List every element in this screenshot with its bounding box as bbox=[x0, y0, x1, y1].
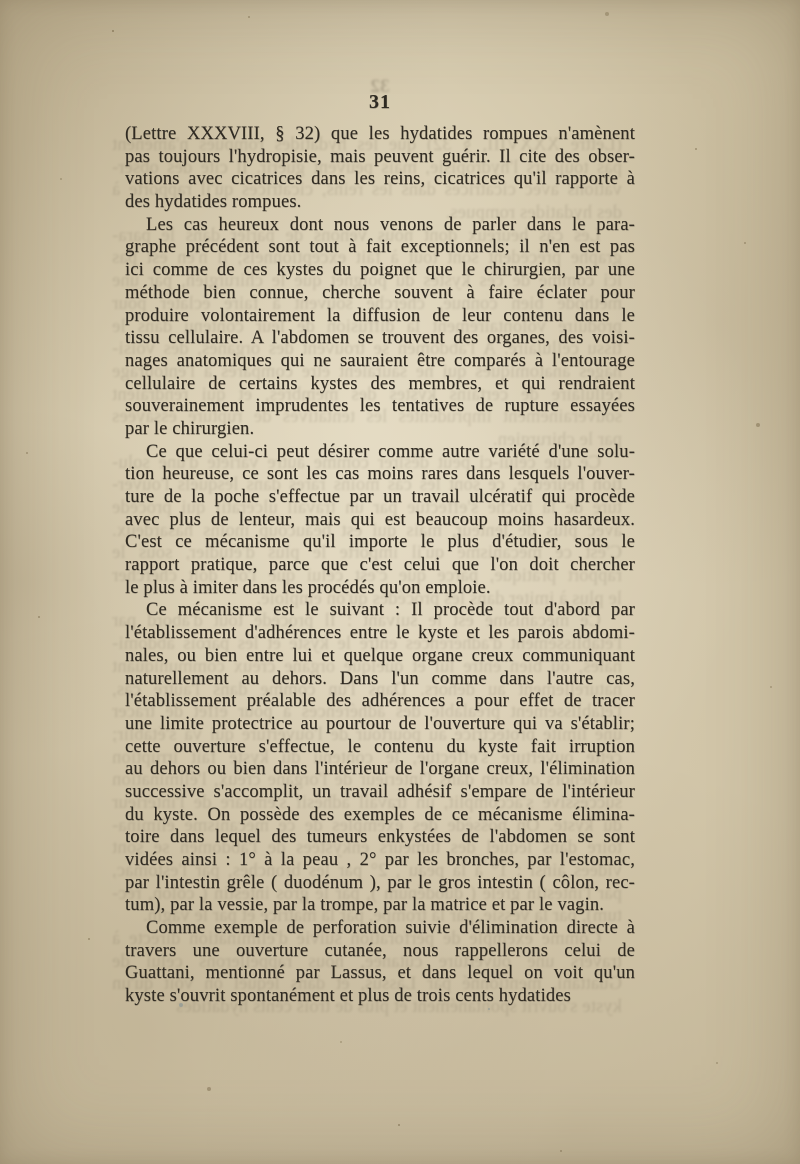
text-line: méthode bien connue, cherche souvent à f… bbox=[125, 283, 635, 306]
text-line-content: une limite protectrice au pourtour de l'… bbox=[125, 714, 635, 735]
text-line: avec plus de lenteur, mais qui est beauc… bbox=[125, 510, 635, 533]
text-line-content: successive s'accomplit, un travail adhés… bbox=[125, 782, 635, 803]
text-line: du kyste. On possède des exemples de ce … bbox=[125, 805, 635, 828]
text-line-content: ici comme de ces kystes du poignet que l… bbox=[125, 260, 635, 281]
text-line: C'est ce mécanisme qu'il importe le plus… bbox=[125, 532, 635, 555]
text-line: nages anatomiques qui ne sauraient être … bbox=[125, 351, 635, 374]
text-line-content: naturellement au dehors. Dans l'un comme… bbox=[125, 669, 635, 690]
text-line: vidées ainsi : 1° à la peau , 2° par les… bbox=[125, 850, 635, 873]
text-line: pas toujours l'hydropisie, mais peuvent … bbox=[125, 147, 635, 170]
text-line-content: nales, ou bien entre lui et quelque orga… bbox=[125, 646, 635, 667]
text-line: des hydatides rompues. bbox=[125, 192, 635, 215]
text-line: cette ouverture s'effectue, le contenu d… bbox=[125, 737, 635, 760]
text-line: Comme exemple de perforation suivie d'él… bbox=[125, 918, 635, 941]
text-line-content: vidées ainsi : 1° à la peau , 2° par les… bbox=[125, 850, 635, 871]
paper-specks bbox=[0, 0, 2, 2]
text-line-content: pas toujours l'hydropisie, mais peuvent … bbox=[125, 147, 635, 168]
text-line-content: graphe précédent sont tout à fait except… bbox=[125, 237, 635, 258]
text-line: (Lettre XXXVIII, § 32) que les hydatides… bbox=[125, 124, 635, 147]
text-line: l'établissement préalable des adhérences… bbox=[125, 691, 635, 714]
text-line-content: le plus à imiter dans les procédés qu'on… bbox=[125, 578, 491, 599]
text-line-content: cellulaire de certains kystes des membre… bbox=[125, 374, 635, 395]
text-line: tion heureuse, ce sont les cas moins rar… bbox=[125, 464, 635, 487]
text-line: au dehors ou bien dans l'intérieur de l'… bbox=[125, 759, 635, 782]
text-line: par le chirurgien. bbox=[125, 419, 635, 442]
text-line: tissu cellulaire. A l'abdomen se trouven… bbox=[125, 328, 635, 351]
text-line: par l'intestin grêle ( duodénum ), par l… bbox=[125, 873, 635, 896]
text-line-content: l'établissement d'adhérences entre le ky… bbox=[125, 623, 635, 644]
text-line: graphe précédent sont tout à fait except… bbox=[125, 237, 635, 260]
text-line-content: tum), par la vessie, par la trompe, par … bbox=[125, 895, 604, 916]
text-line-content: par le chirurgien. bbox=[125, 419, 254, 440]
text-line: produire volontairement la diffusion de … bbox=[125, 306, 635, 329]
text-line-content: avec plus de lenteur, mais qui est beauc… bbox=[125, 510, 635, 531]
text-line-content: Comme exemple de perforation suivie d'él… bbox=[146, 918, 635, 939]
page-number: 31 bbox=[125, 91, 635, 113]
text-line-content: C'est ce mécanisme qu'il importe le plus… bbox=[125, 532, 635, 553]
text-line-content: vations avec cicatrices dans les reins, … bbox=[125, 169, 635, 190]
text-line-content: toire dans lequel des tumeurs enkystées … bbox=[125, 827, 635, 848]
text-line-content: au dehors ou bien dans l'intérieur de l'… bbox=[125, 759, 635, 780]
text-line: naturellement au dehors. Dans l'un comme… bbox=[125, 669, 635, 692]
text-line-content: tion heureuse, ce sont les cas moins rar… bbox=[125, 464, 635, 485]
text-line: rapport pratique, parce que c'est celui … bbox=[125, 555, 635, 578]
text-line: souverainement imprudentes les tentative… bbox=[125, 396, 635, 419]
text-line: ici comme de ces kystes du poignet que l… bbox=[125, 260, 635, 283]
text-line-content: travers une ouverture cutanée, nous rapp… bbox=[125, 941, 635, 962]
text-line-content: (Lettre XXXVIII, § 32) que les hydatides… bbox=[125, 124, 635, 145]
text-line: Les cas heureux dont nous venons de parl… bbox=[125, 215, 635, 238]
text-line-content: Les cas heureux dont nous venons de parl… bbox=[146, 215, 635, 236]
text-line: le plus à imiter dans les procédés qu'on… bbox=[125, 578, 635, 601]
text-line: nales, ou bien entre lui et quelque orga… bbox=[125, 646, 635, 669]
text-line-content: nages anatomiques qui ne sauraient être … bbox=[125, 351, 635, 372]
text-line: successive s'accomplit, un travail adhés… bbox=[125, 782, 635, 805]
text-line-content: du kyste. On possède des exemples de ce … bbox=[125, 805, 635, 826]
text-line: toire dans lequel des tumeurs enkystées … bbox=[125, 827, 635, 850]
text-line: Ce que celui-ci peut désirer comme autre… bbox=[125, 442, 635, 465]
page-text: (Lettre XXXVIII, § 32) que les hydatides… bbox=[125, 124, 635, 1009]
text-line-content: kyste s'ouvrit spontanément et plus de t… bbox=[125, 986, 571, 1007]
text-line: ture de la poche s'effectue par un trava… bbox=[125, 487, 635, 510]
text-line: Ce mécanisme est le suivant : Il procède… bbox=[125, 600, 635, 623]
text-line: cellulaire de certains kystes des membre… bbox=[125, 374, 635, 397]
text-line-content: cette ouverture s'effectue, le contenu d… bbox=[125, 737, 635, 758]
text-line-content: par l'intestin grêle ( duodénum ), par l… bbox=[125, 873, 635, 894]
text-line-content: souverainement imprudentes les tentative… bbox=[125, 396, 635, 417]
text-line-content: Guattani, mentionné par Lassus, et dans … bbox=[125, 963, 635, 984]
text-line: l'établissement d'adhérences entre le ky… bbox=[125, 623, 635, 646]
scanned-book-page: 32 (Lettre XXXVIII, § 32) que les hydati… bbox=[0, 0, 800, 1164]
text-line: une limite protectrice au pourtour de l'… bbox=[125, 714, 635, 737]
text-line-content: rapport pratique, parce que c'est celui … bbox=[125, 555, 635, 576]
text-line: tum), par la vessie, par la trompe, par … bbox=[125, 895, 635, 918]
text-line-content: méthode bien connue, cherche souvent à f… bbox=[125, 283, 635, 304]
text-line: kyste s'ouvrit spontanément et plus de t… bbox=[125, 986, 635, 1009]
text-line-content: ture de la poche s'effectue par un trava… bbox=[125, 487, 635, 508]
text-line-content: produire volontairement la diffusion de … bbox=[125, 306, 635, 327]
text-line: Guattani, mentionné par Lassus, et dans … bbox=[125, 963, 635, 986]
text-line: travers une ouverture cutanée, nous rapp… bbox=[125, 941, 635, 964]
text-line-content: tissu cellulaire. A l'abdomen se trouven… bbox=[125, 328, 635, 349]
text-line-content: Ce mécanisme est le suivant : Il procède… bbox=[146, 600, 635, 621]
text-line-content: Ce que celui-ci peut désirer comme autre… bbox=[146, 442, 635, 463]
text-line-content: l'établissement préalable des adhérences… bbox=[125, 691, 635, 712]
text-line-content: des hydatides rompues. bbox=[125, 192, 301, 213]
text-line: vations avec cicatrices dans les reins, … bbox=[125, 169, 635, 192]
